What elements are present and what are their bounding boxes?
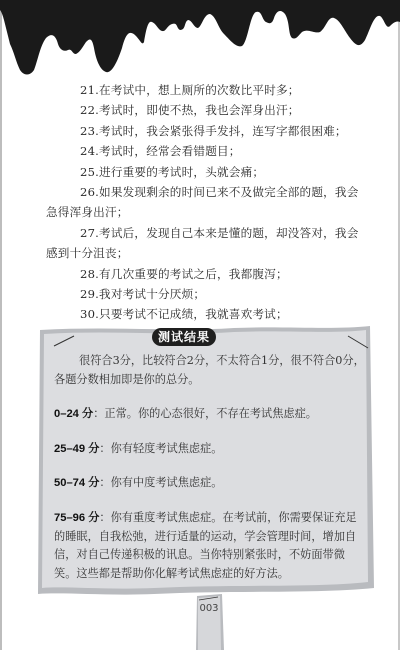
- question-item-21: 21.在考试中，想上厕所的次数比平时多；: [46, 80, 364, 100]
- question-list: 21.在考试中，想上厕所的次数比平时多； 22.考试时，即使不热，我也会浑身出汗…: [46, 80, 364, 345]
- ink-drip-header-decoration: [0, 0, 400, 80]
- question-item-25: 25.进行重要的考试时，头就会痛；: [46, 162, 364, 182]
- question-item-30: 30.只要考试不记成绩，我就喜欢考试；: [46, 304, 364, 324]
- question-item-26-continued: 急得浑身出汗；: [46, 202, 364, 222]
- question-item-28: 28.有几次重要的考试之后，我都腹泻；: [46, 264, 364, 284]
- question-item-24: 24.考试时，经常会看错题目；: [46, 141, 364, 161]
- question-item-29: 29.我对考试十分厌烦；: [46, 284, 364, 304]
- question-item-27-continued: 感到十分沮丧；: [46, 243, 364, 263]
- result-range-50-74: 50–74 分：你有中度考试焦虑症。: [54, 474, 366, 493]
- results-body: 很符合3分，比较符合2分，不太符合1分，很不符合0分，各题分数相加即是你的总分。…: [54, 352, 366, 599]
- question-item-22: 22.考试时，即使不热，我也会浑身出汗；: [46, 100, 364, 120]
- result-range-75-96: 75–96 分：你有重度考试焦虑症。在考试前，你需要保证充足的睡眠，自我松弛，进…: [54, 509, 366, 583]
- question-item-26: 26.如果发现剩余的时间已来不及做完全部的题，我会: [46, 182, 364, 202]
- results-title-badge: 测试结果: [152, 328, 216, 346]
- result-range-25-49: 25–49 分：你有轻度考试焦虑症。: [54, 440, 366, 459]
- question-item-23: 23.考试时，我会紧张得手发抖，连写字都很困难；: [46, 121, 364, 141]
- result-range-0-24: 0–24 分：正常。你的心态很好，不存在考试焦虑症。: [54, 405, 366, 424]
- scoring-intro: 很符合3分，比较符合2分，不太符合1分，很不符合0分，各题分数相加即是你的总分。: [54, 352, 366, 389]
- page-number: 003: [196, 603, 222, 614]
- page-edge-left: [0, 0, 2, 650]
- question-item-27: 27.考试后，发现自己本来是懂的题，却没答对，我会: [46, 223, 364, 243]
